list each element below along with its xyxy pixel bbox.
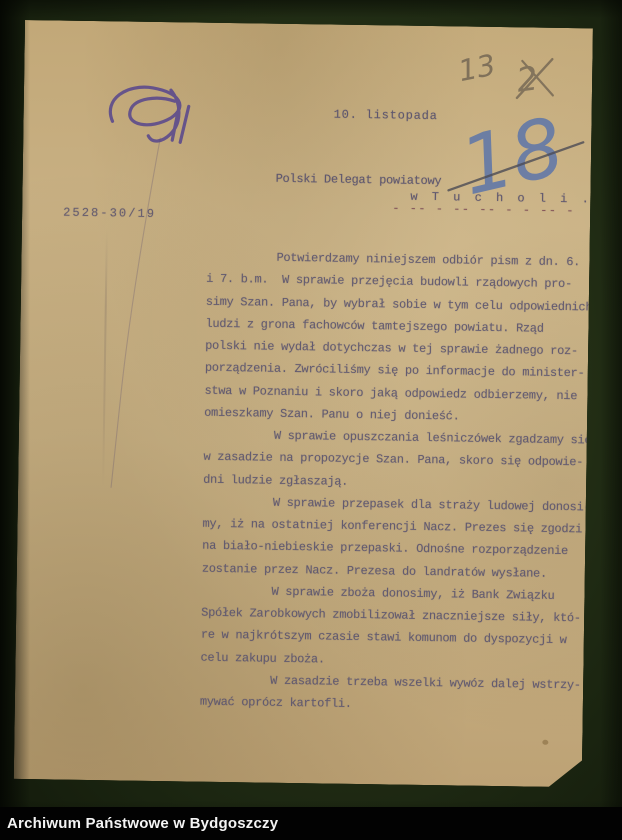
document-page: 13 2 18 10. listopada Polski Delegat pow…	[14, 20, 593, 787]
faint-pencil-tail	[111, 137, 160, 488]
reference-number: 2528-30/19	[63, 206, 156, 221]
typed-dash-underline: - -- - -- -- - - -- -	[392, 201, 575, 218]
body-lines: Potwierdzamy niniejszem odbiór pism z dn…	[200, 246, 619, 719]
typewritten-line: mywać oprócz kartofli.	[200, 691, 612, 719]
date-line: 10. listopada	[334, 108, 438, 124]
pencil-number-text: 13	[456, 48, 499, 88]
pencil-crossed-number-text: 2	[514, 58, 540, 99]
photo-background: 13 2 18 10. listopada Polski Delegat pow…	[0, 0, 622, 840]
pencil-crossed-number: 2	[506, 47, 571, 106]
addressee-title: Polski Delegat powiatowy	[276, 172, 442, 188]
scribble-stroke	[110, 87, 189, 143]
paper-stain-speck	[542, 740, 548, 745]
archive-bar-label: Archiwum Państwowe w Bydgoszczy	[0, 815, 278, 832]
archive-bar: Archiwum Państwowe w Bydgoszczy	[0, 807, 622, 840]
